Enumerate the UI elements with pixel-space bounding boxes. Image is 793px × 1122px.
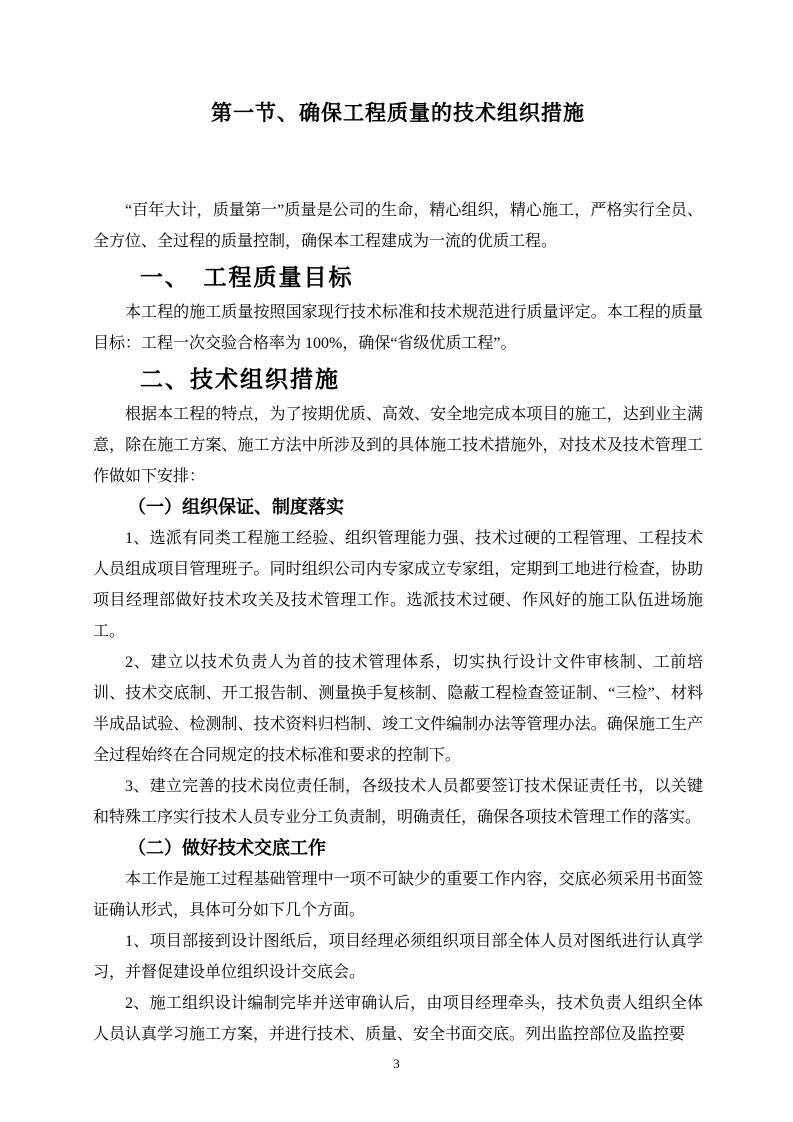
page-number: 3 xyxy=(393,1056,400,1071)
paragraph-arrangement: 根据本工程的特点，为了按期优质、高效、安全地完成本项目的施工，达到业主满意，除在… xyxy=(93,399,703,492)
document-page: 第一节、确保工程质量的技术组织措施 “百年大计，质量第一”质量是公司的生命，精心… xyxy=(0,0,793,1122)
paragraph-point-3: 3、建立完善的技术岗位责任制，各级技术人员都要签订技术保证责任书，以关键和特殊工… xyxy=(93,771,703,833)
subheading-organization-guarantee: （一）组织保证、制度落实 xyxy=(93,492,703,523)
heading-quality-target: 一、 工程质量目标 xyxy=(93,257,703,297)
paragraph-quality-standard: 本工程的施工质量按照国家现行技术标准和技术规范进行质量评定。本工程的质量目标：工… xyxy=(93,297,703,359)
paragraph-intro: “百年大计，质量第一”质量是公司的生命，精心组织，精心施工，严格实行全员、全方位… xyxy=(93,195,703,257)
paragraph-disclosure-2: 2、施工组织设计编制完毕并送审确认后，由项目经理牵头，技术负责人组织全体人员认真… xyxy=(93,988,703,1050)
page-footer: 3 xyxy=(0,1056,793,1072)
paragraph-disclosure-1: 1、项目部接到设计图纸后，项目经理必须组织项目部全体人员对图纸进行认真学习，并督… xyxy=(93,926,703,988)
paragraph-disclosure-intro: 本工作是施工过程基础管理中一项不可缺少的重要工作内容，交底必须采用书面签证确认形… xyxy=(93,864,703,926)
subheading-technical-disclosure: （二）做好技术交底工作 xyxy=(93,833,703,864)
document-title: 第一节、确保工程质量的技术组织措施 xyxy=(93,99,703,129)
paragraph-point-1: 1、选派有同类工程施工经验、组织管理能力强、技术过硬的工程管理、工程技术人员组成… xyxy=(93,523,703,647)
heading-technical-measures: 二、技术组织措施 xyxy=(93,359,703,399)
paragraph-point-2: 2、建立以技术负责人为首的技术管理体系，切实执行设计文件审核制、工前培训、技术交… xyxy=(93,647,703,771)
